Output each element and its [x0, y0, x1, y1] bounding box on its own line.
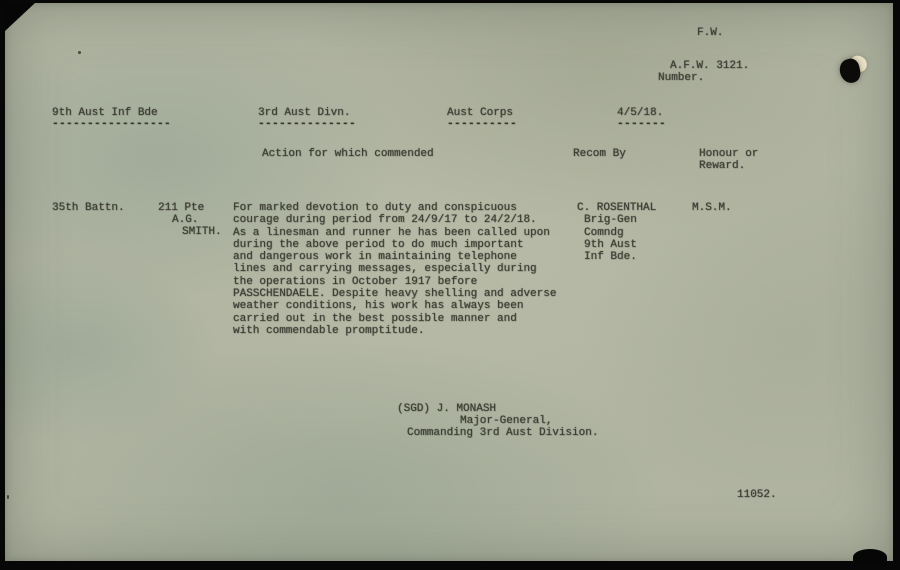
citation-line: the operations in October 1917 before	[233, 276, 556, 288]
reference-number: 11052.	[737, 489, 777, 501]
citation-line: For marked devotion to duty and conspicu…	[233, 202, 556, 214]
award-abbreviation: M.S.M.	[692, 202, 732, 214]
ink-speck	[78, 51, 81, 54]
recommender-role: Comndg	[577, 227, 656, 239]
unit-corps-underline: ----------	[447, 118, 517, 130]
signature-rank: Major-General,	[460, 415, 552, 427]
column-honour-line1: Honour or	[699, 148, 758, 160]
recommender-unit-line2: Inf Bde.	[577, 251, 656, 263]
citation-line: weather conditions, his work has always …	[233, 300, 556, 312]
battalion: 35th Battn.	[52, 202, 125, 214]
recommender-name: C. ROSENTHAL	[577, 202, 656, 214]
signature-command: Commanding 3rd Aust Division.	[407, 427, 598, 439]
column-honour-line2: Reward.	[699, 160, 745, 172]
edge-blemish	[853, 549, 887, 565]
citation-line: courage during period from 24/9/17 to 24…	[233, 214, 556, 226]
header-date-underline: -------	[617, 118, 666, 130]
column-action: Action for which commended	[262, 148, 434, 160]
edge-speck	[7, 495, 9, 499]
corner-tear	[5, 3, 35, 31]
citation-paragraph: For marked devotion to duty and conspicu…	[233, 202, 556, 337]
form-number: A.F.W. 3121.	[670, 60, 749, 72]
soldier-initials: A.G.	[172, 214, 198, 226]
form-code: F.W.	[697, 27, 723, 39]
unit-brigade-underline: -----------------	[52, 118, 171, 130]
signature-name: (SGD) J. MONASH	[397, 403, 496, 415]
citation-line: carried out in the best possible manner …	[233, 313, 556, 325]
citation-line: PASSCHENDAELE. Despite heavy shelling an…	[233, 288, 556, 300]
document-paper: F.W. A.F.W. 3121. Number. 9th Aust Inf B…	[5, 3, 893, 561]
citation-line: lines and carrying messages, especially …	[233, 263, 556, 275]
number-label: Number.	[658, 72, 704, 84]
soldier-surname: SMITH.	[182, 226, 222, 238]
citation-line: and dangerous work in maintaining teleph…	[233, 251, 556, 263]
citation-line: As a linesman and runner he has been cal…	[233, 227, 556, 239]
recommender-rank: Brig-Gen	[577, 214, 656, 226]
column-recom-by: Recom By	[573, 148, 626, 160]
scan-background: { "form": { "code_top": "F.W.", "form_nu…	[0, 0, 900, 570]
recommender-block: C. ROSENTHAL Brig-Gen Comndg 9th Aust In…	[577, 202, 656, 263]
unit-division-underline: --------------	[258, 118, 356, 130]
citation-line: with commendable promptitude.	[233, 325, 556, 337]
soldier-number-rank: 211 Pte	[158, 202, 204, 214]
recommender-unit-line1: 9th Aust	[577, 239, 656, 251]
citation-line: during the above period to do much impor…	[233, 239, 556, 251]
